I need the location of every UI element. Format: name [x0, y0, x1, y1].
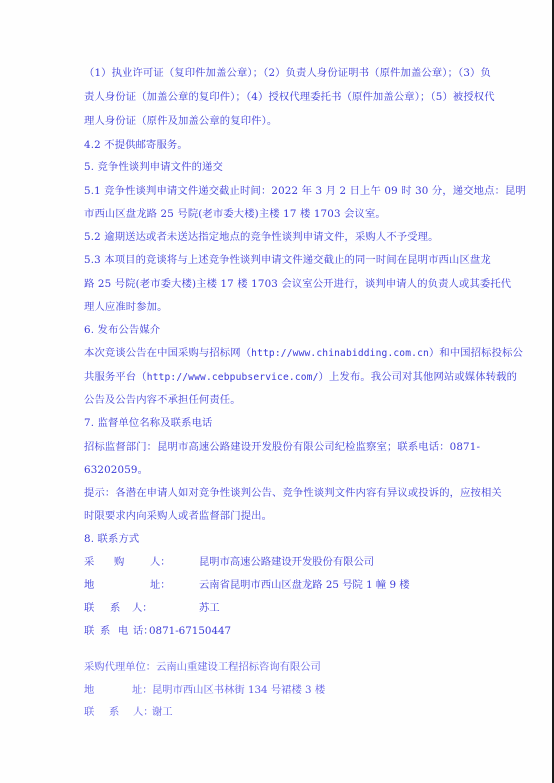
section-6-heading: 6. 发布公告媒介 — [84, 323, 160, 337]
item-5-3-line-2: 路 25 号院(老市委大楼)主楼 17 楼 1703 会议室公开进行，谈判申请人… — [84, 277, 511, 291]
agency-name-row: 采购代理单位：云南山重建设工程招标咨询有限公司 — [84, 660, 321, 674]
section-6-line-2-suffix: ）上发布。我公司对其他网站或媒体转载的 — [319, 371, 518, 383]
chinabidding-link[interactable]: http://www.chinabidding.com.cn — [251, 348, 429, 359]
qualification-line-2: 责人身份证（加盖公章的复印件）；（4）授权代理委托书（原件加盖公章）；（5）被授… — [84, 90, 495, 104]
item-4-2: 4.2 不提供邮寄服务。 — [84, 138, 188, 152]
purchaser-phone-value: 0871-67150447 — [149, 625, 231, 637]
qualification-line-1: （1）执业许可证（复印件加盖公章）；（2）负责人身份证明书（原件加盖公章）；（3… — [84, 66, 491, 80]
section-7-heading: 7. 监督单位名称及联系电话 — [84, 416, 212, 430]
agency-name-label: 采购代理单位： — [84, 661, 156, 673]
section-6-line-1-suffix: ）和中国招标投标公 — [429, 347, 523, 359]
purchaser-contact-label: 联系人： — [84, 601, 199, 615]
section-8-heading: 8. 联系方式 — [84, 532, 139, 546]
qualification-line-3: 理人身份证（原件及加盖公章的复印件）。 — [84, 114, 277, 128]
agency-name-value: 云南山重建设工程招标咨询有限公司 — [156, 661, 321, 673]
agency-address-value: 昆明市西山区书林街 134 号裙楼 3 楼 — [152, 684, 325, 696]
purchaser-address-row: 地址： 云南省昆明市西山区盘龙路 25 号院 1 幢 9 楼 — [84, 578, 410, 592]
section-5-heading: 5. 竞争性谈判申请文件的递交 — [84, 160, 223, 174]
notice-line-2: 时限要求内向采购人或者监督部门提出。 — [84, 509, 272, 523]
purchaser-name-label: 采购人： — [84, 555, 199, 569]
section-6-line-2-prefix: 共服务平台（ — [84, 371, 147, 383]
agency-address-row: 地址： 昆明市西山区书林街 134 号裙楼 3 楼 — [84, 683, 325, 697]
agency-contact-value: 谢工 — [152, 706, 173, 718]
notice-line-1: 提示：各潜在申请人如对竞争性谈判公告、竞争性谈判文件内容有异议或投诉的，应按相关 — [84, 486, 502, 500]
section-6-line-1: 本次竞谈公告在中国采购与招标网（http://www.chinabidding.… — [84, 346, 523, 361]
purchaser-name-row: 采购人： 昆明市高速公路建设开发股份有限公司 — [84, 555, 374, 569]
cebpubservice-link[interactable]: http://www.cebpubservice.com/ — [147, 372, 319, 383]
purchaser-name-value: 昆明市高速公路建设开发股份有限公司 — [199, 556, 374, 568]
supervision-line-2: 63202059。 — [84, 463, 148, 477]
purchaser-address-value: 云南省昆明市西山区盘龙路 25 号院 1 幢 9 楼 — [199, 579, 410, 591]
agency-contact-row: 联系人： 谢工 — [84, 705, 173, 719]
item-5-1-line-1: 5.1 竞争性谈判申请文件递交截止时间：2022 年 3 月 2 日上午 09 … — [84, 184, 526, 198]
item-5-3-line-1: 5.3 本项目的竞谈将与上述竞争性谈判申请文件递交截止的同一时间在昆明市西山区盘… — [84, 253, 491, 267]
purchaser-contact-value: 苏工 — [199, 602, 220, 614]
purchaser-contact-row: 联系人： 苏工 — [84, 601, 220, 615]
document-page: （1）执业许可证（复印件加盖公章）；（2）负责人身份证明书（原件加盖公章）；（3… — [0, 0, 554, 783]
supervision-line-1: 招标监督部门：昆明市高速公路建设开发股份有限公司纪检监察室；联系电话：0871- — [84, 440, 480, 454]
agency-contact-label: 联系人： — [84, 705, 199, 719]
item-5-2: 5.2 逾期送达或者未送达指定地点的竞争性谈判申请文件，采购人不予受理。 — [84, 230, 439, 244]
purchaser-address-label: 地址： — [84, 578, 199, 592]
item-5-1-line-2: 市西山区盘龙路 25 号院(老市委大楼)主楼 17 楼 1703 会议室。 — [84, 207, 386, 221]
section-6-line-1-prefix: 本次竞谈公告在中国采购与招标网（ — [84, 347, 251, 359]
purchaser-phone-row: 联系电话： 0871-67150447 — [84, 624, 231, 638]
section-6-line-3: 公告及公告内容不承担任何责任。 — [84, 393, 241, 407]
section-6-line-2: 共服务平台（http://www.cebpubservice.com/）上发布。… — [84, 370, 517, 385]
item-5-3-line-3: 理人应准时参加。 — [84, 300, 168, 314]
